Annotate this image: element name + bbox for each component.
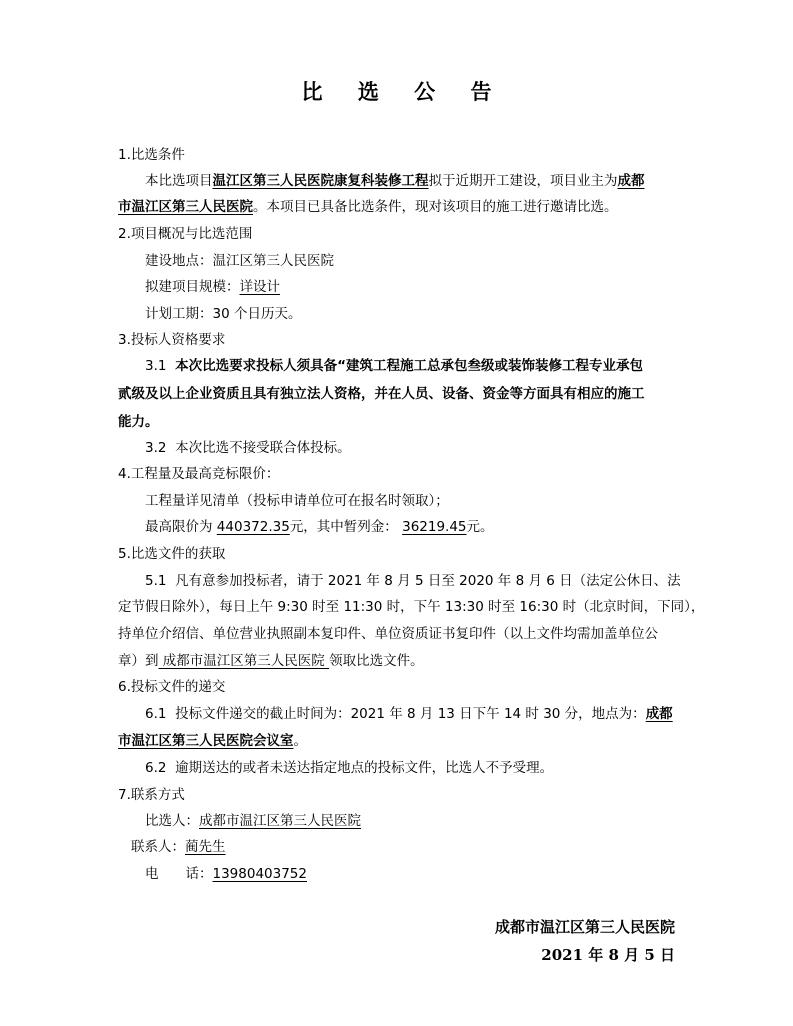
selector-value: 成都市温江区第三人民医院 [199,813,361,829]
document-page: 比 选 公 告 1.比选条件 本比选项目温江区第三人民医院康复科装修工程拟于近期… [0,0,793,1026]
obtain-line-1: 5.1 凡有意参加投标者，请于 2021 年 8 月 5 日至 2020 年 8… [145,572,705,590]
phone-value: 13980403752 [213,866,307,882]
location-row: 建设地点：温江区第三人民医院 [145,252,705,270]
selector-row: 比选人：成都市温江区第三人民医院 [145,812,705,830]
max-price-value: 440372.35 [217,519,290,535]
section-1-line-2: 市温江区第三人民医院。本项目已具备比选条件，现对该项目的施工进行邀请比选。 [118,198,678,216]
project-name: 温江区第三人民医院康复科装修工程 [213,173,429,189]
provisional-sum-value: 36219.45 [402,519,466,535]
section-1-heading: 1.比选条件 [118,146,678,164]
submission-6-1-line-2: 市温江区第三人民医院会议室。 [118,732,678,750]
scale-row: 拟建项目规模：详设计 [145,278,705,296]
requirement-3-1-line-1: 3.1 本次比选要求投标人须具备“建筑工程施工总承包叁级或装饰装修工程专业承包 [145,357,705,375]
period-row: 计划工期：30 个日历天。 [145,305,705,323]
section-2-heading: 2.项目概况与比选范围 [118,225,678,243]
requirement-3-1-line-3: 能力。 [118,413,678,431]
requirement-3-1-line-2: 贰级及以上企业资质且具有独立法人资格，并在人员、设备、资金等方面具有相应的施工 [118,385,678,403]
section-7-heading: 7.联系方式 [118,786,678,804]
submission-6-1-line-1: 6.1 投标文件递交的截止时间为：2021 年 8 月 13 日下午 14 时 … [145,705,705,723]
project-owner: 市温江区第三人民医院 [118,199,253,215]
obtain-line-3: 持单位介绍信、单位营业执照副本复印件、单位资质证书复印件（以上文件均需加盖单位公 [118,625,678,643]
location-value: 温江区第三人民医院 [213,253,335,269]
phone-row: 电 话：13980403752 [145,865,705,883]
quantity-row: 工程量详见清单（投标申请单位可在报名时领取）； [145,492,705,510]
signature-org: 成都市温江区第三人民医院 [495,916,675,937]
scale-value: 详设计 [240,279,281,295]
signature-date: 2021 年 8 月 5 日 [541,944,675,965]
section-1-line-1: 本比选项目温江区第三人民医院康复科装修工程拟于近期开工建设，项目业主为成都 [145,172,705,190]
section-5-heading: 5.比选文件的获取 [118,545,678,563]
section-6-heading: 6.投标文件的递交 [118,678,678,696]
submission-location: 市温江区第三人民医院会议室 [118,733,294,749]
obtain-line-2: 定节假日除外），每日上午 9:30 时至 11:30 时，下午 13:30 时至… [118,598,678,616]
price-row: 最高限价为 440372.35元，其中暂列金： 36219.45元。 [145,518,705,536]
page-title: 比 选 公 告 [0,76,793,106]
obtain-location: 成都市温江区第三人民医院 [159,653,330,669]
contact-row: 联系人：蔺先生 [131,838,691,856]
section-3-heading: 3.投标人资格要求 [118,331,678,349]
submission-6-2: 6.2 逾期送达的或者未送达指定地点的投标文件，比选人不予受理。 [145,759,705,777]
requirement-3-2: 3.2 本次比选不接受联合体投标。 [145,439,705,457]
obtain-line-4: 章）到 成都市温江区第三人民医院 领取比选文件。 [118,652,678,670]
contact-value: 蔺先生 [185,839,226,855]
section-4-heading: 4.工程量及最高竞标限价： [118,465,678,483]
